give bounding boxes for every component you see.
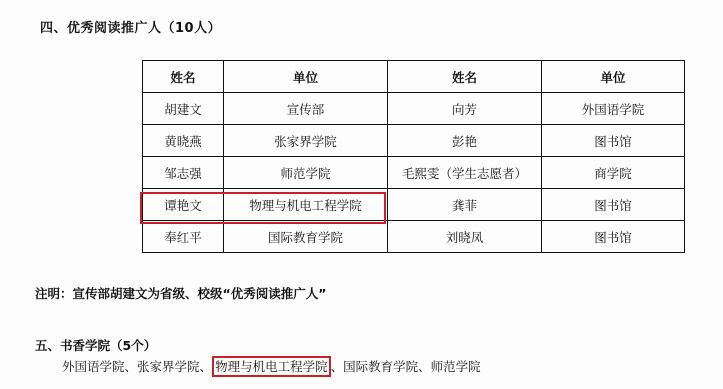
unit-cell: 张家界学院 xyxy=(224,125,388,157)
unit-cell: 宣传部 xyxy=(224,93,388,125)
header-name-2: 姓名 xyxy=(388,61,542,93)
list-item: 师范学院 xyxy=(431,359,481,374)
separator: 、 xyxy=(200,359,213,374)
name-cell: 毛熙雯（学生志愿者） xyxy=(388,157,542,189)
name-cell: 胡建文 xyxy=(143,93,224,125)
section5-heading: 五、书香学院（5个） xyxy=(35,336,156,354)
unit-cell: 国际教育学院 xyxy=(224,221,388,253)
list-item: 外国语学院 xyxy=(62,359,125,374)
separator: 、 xyxy=(125,359,138,374)
name-cell: 向芳 xyxy=(388,93,542,125)
list-item: 张家界学院 xyxy=(137,359,200,374)
header-name-1: 姓名 xyxy=(143,61,224,93)
unit-cell: 图书馆 xyxy=(542,125,685,157)
unit-cell: 师范学院 xyxy=(224,157,388,189)
list-item-highlighted: 物理与机电工程学院 xyxy=(212,356,331,377)
table-row: 黄晓燕 张家界学院 彭艳 图书馆 xyxy=(143,125,685,157)
table-row: 邹志强 师范学院 毛熙雯（学生志愿者） 商学院 xyxy=(143,157,685,189)
name-cell: 谭艳文 xyxy=(143,189,224,221)
name-cell: 黄晓燕 xyxy=(143,125,224,157)
unit-cell: 图书馆 xyxy=(542,189,685,221)
unit-cell: 图书馆 xyxy=(542,221,685,253)
book-college-list: 外国语学院、张家界学院、物理与机电工程学院、国际教育学院、师范学院 xyxy=(62,356,481,377)
name-cell: 彭艳 xyxy=(388,125,542,157)
separator: 、 xyxy=(331,359,344,374)
separator: 、 xyxy=(418,359,431,374)
list-item: 国际教育学院 xyxy=(343,359,418,374)
name-cell: 刘晓凤 xyxy=(388,221,542,253)
unit-cell: 外国语学院 xyxy=(542,93,685,125)
header-unit-2: 单位 xyxy=(542,61,685,93)
table-row: 胡建文 宣传部 向芳 外国语学院 xyxy=(143,93,685,125)
table-row-highlighted: 谭艳文 物理与机电工程学院 龚菲 图书馆 xyxy=(143,189,685,221)
table-header-row: 姓名 单位 姓名 单位 xyxy=(143,61,685,93)
header-unit-1: 单位 xyxy=(224,61,388,93)
note-text: 注明：宣传部胡建文为省级、校级“优秀阅读推广人” xyxy=(35,284,326,302)
name-cell: 邹志强 xyxy=(143,157,224,189)
unit-cell: 物理与机电工程学院 xyxy=(224,189,388,221)
name-cell: 奉红平 xyxy=(143,221,224,253)
section4-heading: 四、优秀阅读推广人（10人） xyxy=(40,17,221,36)
unit-cell: 商学院 xyxy=(542,157,685,189)
reading-promoters-table: 姓名 单位 姓名 单位 胡建文 宣传部 向芳 外国语学院 黄晓燕 张家界学院 彭… xyxy=(142,60,685,253)
name-cell: 龚菲 xyxy=(388,189,542,221)
table-row: 奉红平 国际教育学院 刘晓凤 图书馆 xyxy=(143,221,685,253)
